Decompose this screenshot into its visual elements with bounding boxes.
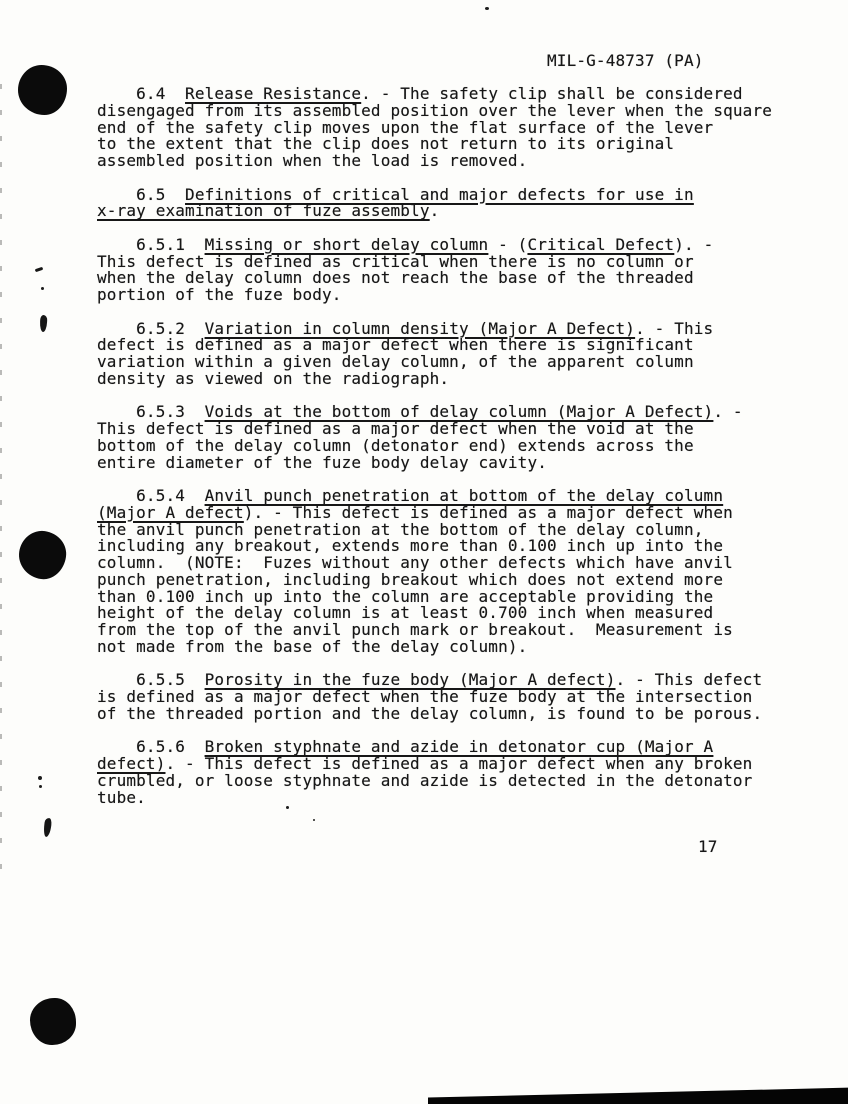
- text-line: entire diameter of the fuze body delay c…: [97, 455, 817, 472]
- ink-speck: [41, 287, 44, 290]
- ink-speck: [38, 776, 42, 780]
- ink-speck: [39, 785, 42, 788]
- page-number: 17: [698, 839, 718, 856]
- text-line: portion of the fuze body.: [97, 287, 817, 304]
- text-line: crumbled, or loose styphnate and azide i…: [97, 773, 817, 790]
- paragraph-6-5-definitions-heading: 6.5 Definitions of critical and major de…: [97, 187, 817, 221]
- document-body: 6.4 Release Resistance. - The safety cli…: [97, 86, 817, 823]
- paragraph-6-4-release-resistance: 6.4 Release Resistance. - The safety cli…: [97, 86, 817, 170]
- ink-speck: [40, 315, 48, 332]
- paragraph-6-5-4-anvil-punch-penetration: 6.5.4 Anvil punch penetration at bottom …: [97, 488, 817, 656]
- paragraph-6-5-5-porosity-in-fuze-body: 6.5.5 Porosity in the fuze body (Major A…: [97, 672, 817, 722]
- ink-speck: [485, 7, 489, 10]
- hole-punch-mark-bottom: [30, 998, 76, 1045]
- hole-punch-mark-middle: [16, 528, 69, 582]
- paragraph-6-5-2-variation-in-column-density: 6.5.2 Variation in column density (Major…: [97, 321, 817, 388]
- text-line: tube.: [97, 790, 817, 807]
- ink-speck: [43, 818, 52, 838]
- scanned-document-page: MIL-G-48737 (PA) 6.4 Release Resistance.…: [0, 0, 848, 1104]
- ink-speck: [35, 267, 44, 272]
- scan-artifact-bottom-bar: [428, 1087, 848, 1104]
- hole-punch-mark-top: [18, 65, 67, 115]
- text-line: assembled position when the load is remo…: [97, 153, 817, 170]
- text-line: of the threaded portion and the delay co…: [97, 706, 817, 723]
- paragraph-6-5-6-broken-styphnate-and-azide: 6.5.6 Broken styphnate and azide in deto…: [97, 739, 817, 806]
- text-line: not made from the base of the delay colu…: [97, 639, 817, 656]
- document-header: MIL-G-48737 (PA): [547, 53, 704, 70]
- paragraph-6-5-3-voids-at-bottom-of-delay-column: 6.5.3 Voids at the bottom of delay colum…: [97, 404, 817, 471]
- paragraph-6-5-1-missing-or-short-delay-column: 6.5.1 Missing or short delay column - (C…: [97, 237, 817, 304]
- text-line: density as viewed on the radiograph.: [97, 371, 817, 388]
- text-line: x-ray examination of fuze assembly.: [97, 203, 817, 220]
- scan-edge-noise: [0, 84, 2, 884]
